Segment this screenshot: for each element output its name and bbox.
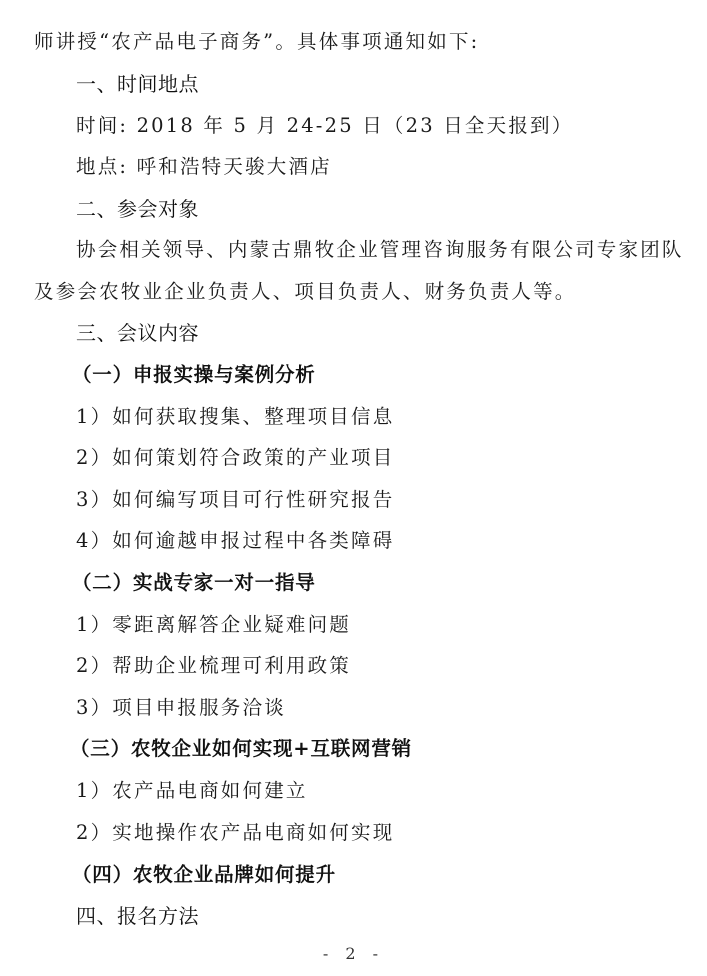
attendees-line-2: 及参会农牧业企业负责人、项目负责人、财务负责人等。 (34, 280, 577, 304)
intro-line: 师讲授“农产品电子商务”。具体事项通知如下: (34, 30, 479, 54)
place-line: 地点: 呼和浩特天骏大酒店 (76, 155, 332, 179)
attendees-line-1: 协会相关领导、内蒙古鼎牧企业管理咨询服务有限公司专家团队 (76, 238, 684, 262)
list-item: 3）项目申报服务洽谈 (76, 696, 286, 720)
list-item: 1）农产品电商如何建立 (76, 779, 308, 803)
section-heading-content: 三、会议内容 (76, 321, 199, 345)
time-line: 时间: 2018 年 5 月 24-25 日（23 日全天报到） (76, 114, 573, 138)
list-item: 4）如何逾越申报过程中各类障碍 (76, 529, 394, 553)
list-item: 2）如何策划符合政策的产业项目 (76, 446, 394, 470)
subsection-heading-4: （四）农牧企业品牌如何提升 (72, 863, 336, 887)
list-item: 2）帮助企业梳理可利用政策 (76, 654, 351, 678)
subsection-heading-2: （二）实战专家一对一指导 (72, 571, 316, 595)
list-item: 2）实地操作农产品电商如何实现 (76, 821, 394, 845)
section-heading-registration: 四、报名方法 (76, 904, 199, 928)
page-number: - 2 - (0, 944, 707, 963)
document-page: 师讲授“农产品电子商务”。具体事项通知如下: 一、时间地点 时间: 2018 年… (0, 0, 707, 976)
section-heading-attendees: 二、参会对象 (76, 197, 199, 221)
list-item: 1）如何获取搜集、整理项目信息 (76, 405, 394, 429)
section-heading-time-place: 一、时间地点 (76, 72, 199, 96)
list-item: 3）如何编写项目可行性研究报告 (76, 488, 394, 512)
subsection-heading-1: （一）申报实操与案例分析 (72, 363, 316, 387)
subsection-heading-3: （三）农牧企业如何实现+互联网营销 (70, 737, 412, 761)
list-item: 1）零距离解答企业疑难问题 (76, 613, 351, 637)
